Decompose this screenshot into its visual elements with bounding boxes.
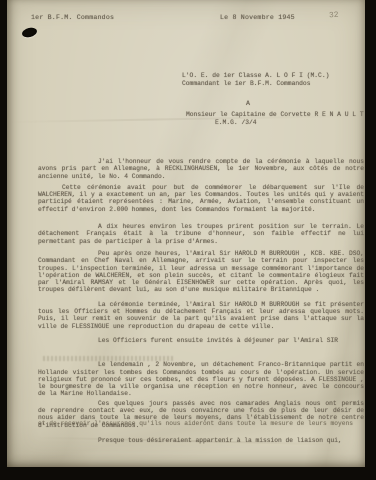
recipient-service: E.M.G. /3/4 — [215, 119, 257, 126]
paragraph: Le lendemain , 2 Novembre, un détachemen… — [38, 361, 364, 397]
paragraph: J'ai l'honneur de vous rendre compte de … — [38, 158, 364, 180]
sender-title-line: Commandant le 1er B.F.M. Commandos — [182, 80, 310, 87]
unit-designation: 1er B.F.M. Commandos — [31, 14, 114, 21]
sender-name-line: L'O. E. de 1er Classe A. L O F I (M.C.) — [182, 72, 329, 79]
paragraph: Presque tous désireraient appartenir à l… — [38, 437, 364, 444]
letter-body: J'ai l'honneur de vous rendre compte de … — [38, 158, 364, 444]
letter-date: Le 8 Novembre 1945 — [220, 14, 295, 21]
letter-page: 1er B.F.M. Commandos Le 8 Novembre 1945 … — [7, 0, 365, 467]
faint-overprint-smudge — [43, 356, 175, 361]
paragraph: Peu après onze heures, l'Amiral Sir HARO… — [38, 250, 364, 294]
paragraph: Les Officiers furent ensuite invités à d… — [38, 337, 364, 344]
paragraph: A dix heures environ les troupes prirent… — [38, 223, 364, 245]
page-number: 32 — [329, 11, 339, 21]
double-struck-overprint-line: et de recevoir l'assurance qu'ils nous a… — [38, 420, 364, 427]
paragraph: Cette cérémonie avait pour but de commém… — [38, 184, 364, 213]
recipient-line: Monsieur le Capitaine de Corvette R E N … — [186, 111, 364, 118]
scanned-letter: 1er B.F.M. Commandos Le 8 Novembre 1945 … — [0, 0, 376, 480]
address-separator: A — [246, 100, 250, 107]
paragraph: La cérémonie terminée, l'Amiral Sir HARO… — [38, 301, 364, 330]
paper-hole — [21, 26, 38, 38]
